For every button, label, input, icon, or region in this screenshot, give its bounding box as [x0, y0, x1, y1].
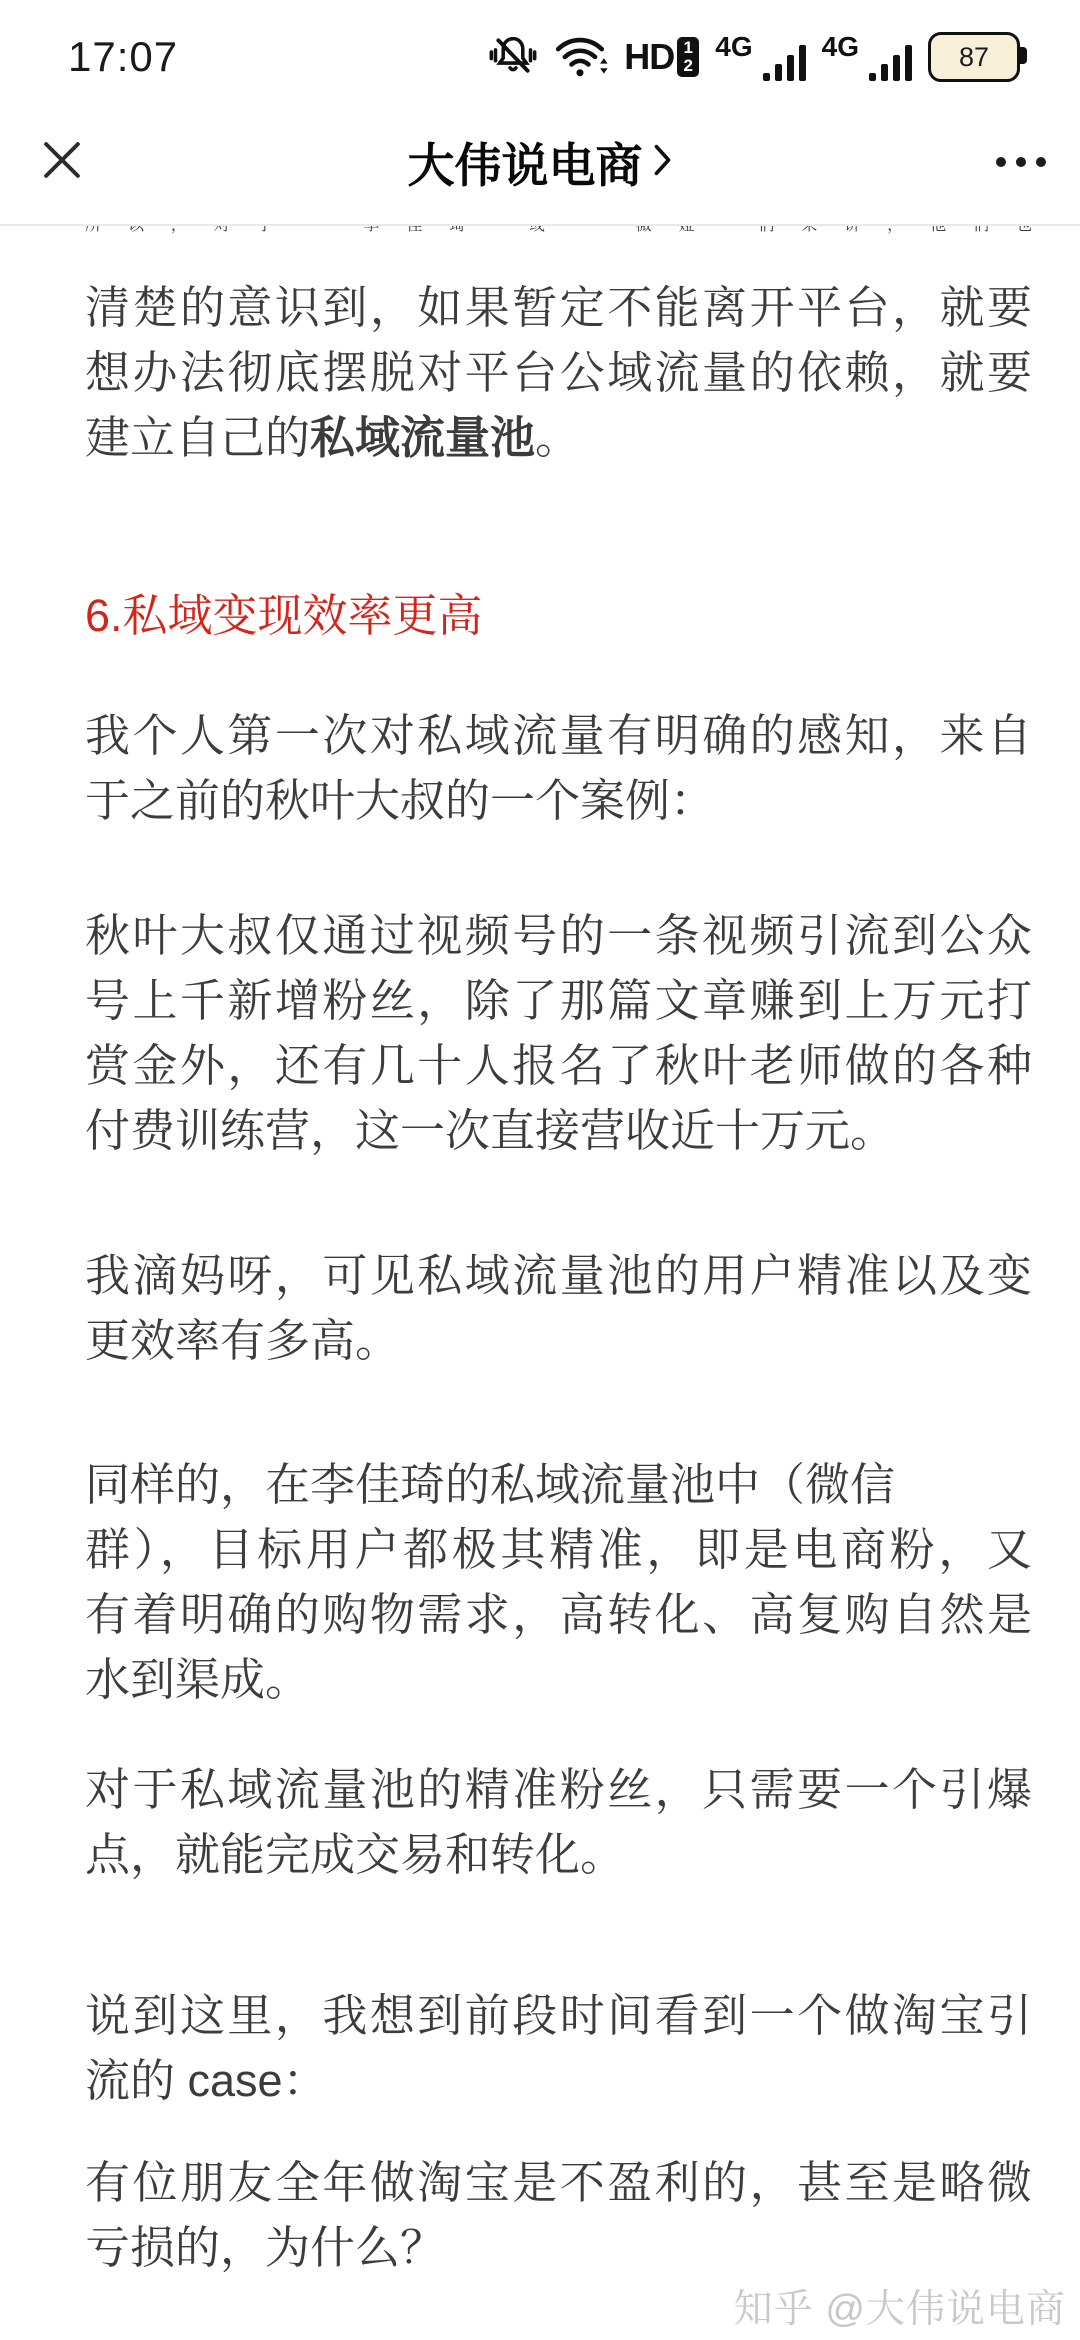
text-line: 我滴妈呀，可见私域流量池的用户精准以及变	[85, 1243, 1032, 1308]
text-line: 有着明确的购物需求，高转化、高复购自然是	[85, 1582, 1032, 1647]
watermark: 知乎 @大伟说电商	[734, 2278, 1066, 2334]
text-line: 于之前的秋叶大叔的一个案例：	[85, 768, 1032, 833]
text-line: 6.私域变现效率更高	[85, 583, 1032, 648]
text-line: 流的 case：	[85, 2048, 1032, 2113]
paragraph: 我滴妈呀，可见私域流量池的用户精准以及变 更效率有多高。	[85, 1243, 1032, 1373]
text-line: 说到这里，我想到前段时间看到一个做淘宝引	[85, 1983, 1032, 2048]
text-line: 赏金外，还有几十人报名了秋叶老师做的各种	[85, 1033, 1032, 1098]
paragraph: 有位朋友全年做淘宝是不盈利的，甚至是略微 亏损的，为什么？	[85, 2150, 1032, 2280]
paragraph: 所以，对于 “李佳琦” 或 “薇娅” 们来讲，他们也	[85, 226, 1032, 258]
text-line: 更效率有多高。	[85, 1308, 1032, 1373]
text-line: 有位朋友全年做淘宝是不盈利的，甚至是略微	[85, 2150, 1032, 2215]
paragraph: 我个人第一次对私域流量有明确的感知，来自 于之前的秋叶大叔的一个案例：	[85, 703, 1032, 833]
paragraph: 说到这里，我想到前段时间看到一个做淘宝引 流的 case：	[85, 1983, 1032, 2113]
text-line: 建立自己的私域流量池。	[85, 405, 1032, 470]
article-content[interactable]: 所以，对于 “李佳琦” 或 “薇娅” 们来讲，他们也 清楚的意识到，如果暂定不能…	[0, 0, 1080, 2340]
paragraph: 对于私域流量池的精准粉丝，只需要一个引爆 点，就能完成交易和转化。	[85, 1757, 1032, 1887]
text-line: 清楚的意识到，如果暂定不能离开平台，就要	[85, 275, 1032, 340]
text-line: 点，就能完成交易和转化。	[85, 1822, 1032, 1887]
text-line: 号上千新增粉丝，除了那篇文章赚到上万元打	[85, 968, 1032, 1033]
paragraph: 秋叶大叔仅通过视频号的一条视频引流到公众 号上千新增粉丝，除了那篇文章赚到上万元…	[85, 903, 1032, 1163]
text-line: 对于私域流量池的精准粉丝，只需要一个引爆	[85, 1757, 1032, 1822]
section-heading: 6.私域变现效率更高	[85, 583, 1032, 648]
text-line: 亏损的，为什么？	[85, 2215, 1032, 2280]
text-line: 所以，对于 “李佳琦” 或 “薇娅” 们来讲，他们也	[85, 226, 1032, 258]
text-line: 秋叶大叔仅通过视频号的一条视频引流到公众	[85, 903, 1032, 968]
text-line: 想办法彻底摆脱对平台公域流量的依赖，就要	[85, 340, 1032, 405]
paragraph: 同样的，在李佳琦的私域流量池中（微信 群），目标用户都极其精准，即是电商粉，又 …	[85, 1452, 1032, 1712]
bold-text: 私域流量池	[310, 412, 535, 463]
text-line: 我个人第一次对私域流量有明确的感知，来自	[85, 703, 1032, 768]
text-line: 水到渠成。	[85, 1647, 1032, 1712]
text-line: 付费训练营，这一次直接营收近十万元。	[85, 1098, 1032, 1163]
paragraph: 清楚的意识到，如果暂定不能离开平台，就要 想办法彻底摆脱对平台公域流量的依赖，就…	[85, 275, 1032, 470]
text-line: 同样的，在李佳琦的私域流量池中（微信	[85, 1452, 1032, 1517]
text-line: 群），目标用户都极其精准，即是电商粉，又	[85, 1517, 1032, 1582]
